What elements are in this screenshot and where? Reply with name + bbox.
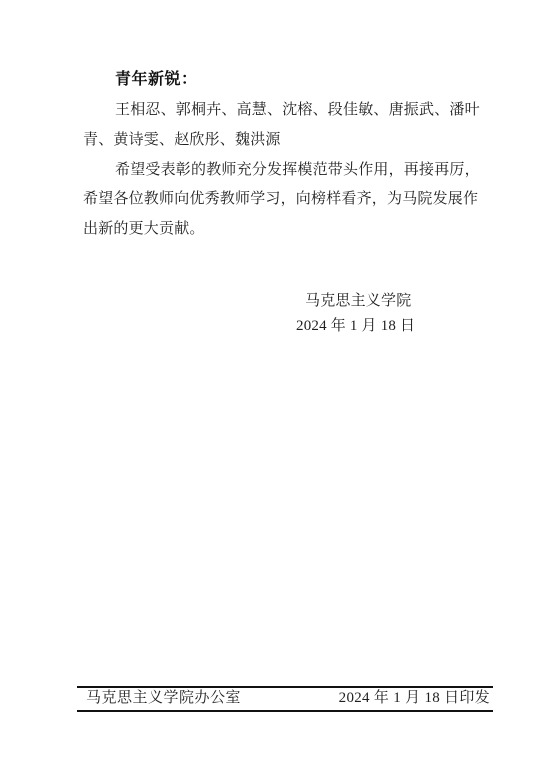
hope-paragraph-line-1: 希望受表彰的教师充分发挥模范带头作用，再接再厉， [115, 162, 480, 179]
footer-top-rule [77, 686, 493, 688]
document-heading: 青年新锐： [115, 71, 198, 89]
hope-paragraph-line-3: 出新的更大贡献。 [83, 221, 205, 238]
names-paragraph-line-2: 青、黄诗雯、赵欣彤、魏洪源 [83, 132, 281, 149]
signature-date: 2024 年 1 月 18 日 [296, 318, 415, 335]
document-page: 青年新锐： 王相忍、郭桐卉、高慧、沈榕、段佳敏、唐振武、潘叶 青、黄诗雯、赵欣彤… [0, 0, 553, 784]
footer-office-name: 马克思主义学院办公室 [86, 690, 241, 707]
names-paragraph-line-1: 王相忍、郭桐卉、高慧、沈榕、段佳敏、唐振武、潘叶 [115, 102, 480, 119]
footer-bottom-rule [77, 710, 493, 712]
hope-paragraph-line-2: 希望各位教师向优秀教师学习，向榜样看齐，为马院发展作 [83, 191, 478, 208]
signature-organization: 马克思主义学院 [305, 293, 411, 310]
footer-issue-date: 2024 年 1 月 18 日印发 [339, 690, 490, 707]
